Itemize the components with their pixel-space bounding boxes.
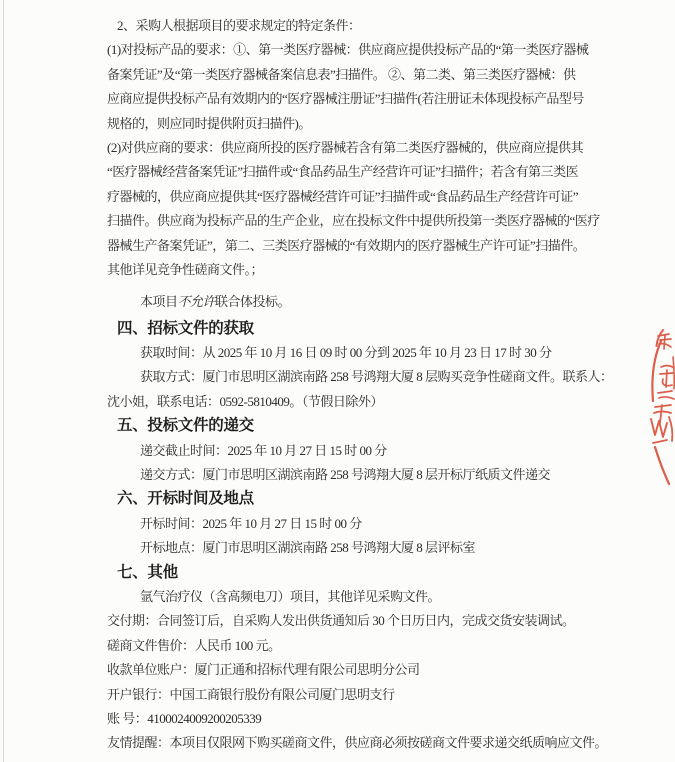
document-line: 交付期：合同签订后，自采购人发出供货通知后 30 个日历日内，完成交货安装调试。 xyxy=(107,609,645,633)
document-line: 沈小姐，联系电话：0592-5810409。（节假日除外） xyxy=(107,390,645,414)
document-line: 备案凭证”及“第一类医疗器械备案信息表”扫描件。 ②、第二类、第三类医疗器械：供 xyxy=(107,63,645,87)
scan-edge-line xyxy=(3,0,4,762)
section-heading: 四、招标文件的获取 xyxy=(107,317,645,341)
document-line: 开标地点：厦门市思明区湖滨南路 258 号鸿翔大厦 8 层评标室 xyxy=(107,536,645,560)
document-line: 应商应提供投标产品有效期内的“医疗器械注册证”扫描件(若注册证未体现投标产品型号 xyxy=(107,87,645,111)
document-line: (1)对投标产品的要求：①、第一类医疗器械：供应商应提供投标产品的“第一类医疗器… xyxy=(107,38,645,62)
document-line: 器械生产备案凭证”，第二、三类医疗器械的“有效期内的医疗器械生产许可证”扫描件。 xyxy=(107,234,645,258)
text-segment: 本项目 xyxy=(140,294,178,309)
emphasized-text: 不允许 xyxy=(178,294,216,309)
document-line: 氩气治疗仪（含高频电刀）项目，其他详见采购文件。 xyxy=(107,585,645,609)
document-line: “医疗器械经营备案凭证”扫描件或“食品药品生产经营许可证”扫描件；若含有第三类医 xyxy=(107,160,645,184)
document-line: 磋商文件售价：人民币 100 元。 xyxy=(107,634,645,658)
document-line: 账 号：4100024009200205339 xyxy=(107,707,645,731)
document-page: 2、采购人根据项目的要求规定的特定条件：(1)对投标产品的要求：①、第一类医疗器… xyxy=(0,0,675,762)
document-line: 开户银行：中国工商银行股份有限公司厦门思明支行 xyxy=(107,683,645,707)
document-line: 其他详见竞争性磋商文件。； xyxy=(107,258,645,282)
document-line: 2、采购人根据项目的要求规定的特定条件： xyxy=(107,14,645,38)
section-heading: 五、投标文件的递交 xyxy=(107,414,645,438)
document-line: 收款单位账户：厦门正通和招标代理有限公司思明分公司 xyxy=(107,658,645,682)
document-line: 递交截止时间：2025 年 10 月 27 日 15 时 00 分 xyxy=(107,439,645,463)
document-line: (2)对供应商的要求：供应商所投的医疗器械若含有第二类医疗器械的，供应商应提供其 xyxy=(107,136,645,160)
document-line: 递交方式：厦门市思明区湖滨南路 258 号鸿翔大厦 8 层开标厅纸质文件递交 xyxy=(107,463,645,487)
document-line: 扫描件。供应商为投标产品的生产企业，应在投标文件中提供所投第一类医疗器械的“医疗 xyxy=(107,209,645,233)
document-line: 友情提醒：本项目仅限网下购买磋商文件，供应商必须按磋商文件要求递交纸质响应文件。 xyxy=(107,731,645,755)
document-line: 开标时间：2025 年 10 月 27 日 15 时 00 分 xyxy=(107,512,645,536)
document-line: 获取方式：厦门市思明区湖滨南路 258 号鸿翔大厦 8 层购买竞争性磋商文件。联… xyxy=(107,365,645,389)
document-line: 规格的，则应同时提供附页扫描件)。 xyxy=(107,112,645,136)
red-seal-stamp xyxy=(645,327,675,487)
section-heading: 六、开标时间及地点 xyxy=(107,487,645,511)
document-line: 疗器械的，供应商应提供其“医疗器械经营许可证”扫描件或“食品药品生产经营许可证” xyxy=(107,185,645,209)
section-heading: 七、其他 xyxy=(107,561,645,585)
document-line: 获取时间：从 2025 年 10 月 16 日 09 时 00 分到 2025 … xyxy=(107,341,645,365)
document-line: 本项目不允许联合体投标。 xyxy=(107,290,645,314)
document-content: 2、采购人根据项目的要求规定的特定条件：(1)对投标产品的要求：①、第一类医疗器… xyxy=(107,14,645,756)
text-segment: 联合体投标。 xyxy=(215,294,290,309)
